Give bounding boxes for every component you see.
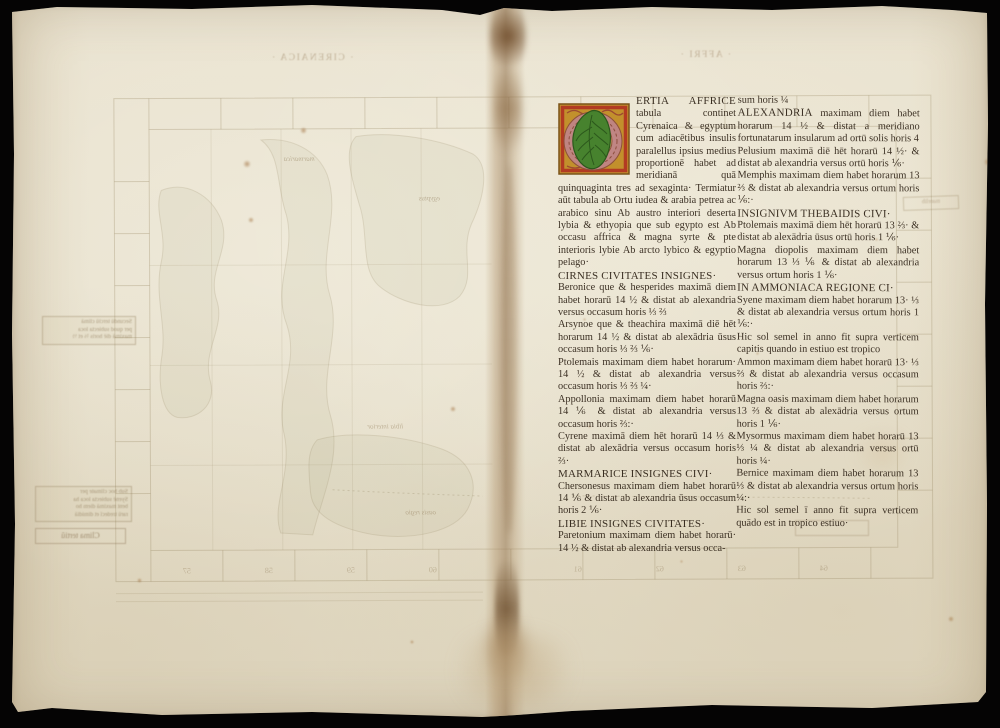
text-column-right: sum horis ¼ ALEXANDRIA maximam diem habe… bbox=[736, 95, 920, 531]
entry-ptolemais-thebaidis: Ptolemais maximā diem hēt horarū 13 ⅔· &… bbox=[737, 220, 919, 245]
map-region-upper bbox=[349, 134, 484, 306]
map-region-lower bbox=[309, 434, 474, 536]
entry-continuation: sum horis ¼ bbox=[738, 95, 920, 108]
illuminated-initial-T bbox=[558, 103, 630, 175]
foxing-spot bbox=[137, 578, 142, 583]
entry-alexandria: ALEXANDRIA maximam diem habet horarum 14… bbox=[738, 107, 920, 146]
entry-chersonesus: Chersonesus maximam diem habet horarū 14… bbox=[558, 481, 736, 518]
map-scale-number: 63 bbox=[738, 564, 746, 573]
note-sol-tropico: Hic sol semel ī anno fit supra verticem … bbox=[736, 505, 918, 530]
cartouche-line: bent maximā diem ho bbox=[39, 504, 128, 512]
foxing-spot bbox=[248, 217, 254, 223]
map-scale-number: 60 bbox=[429, 565, 437, 574]
map-scale-number: 61 bbox=[574, 565, 582, 574]
map-sub-border-line bbox=[116, 592, 483, 602]
entry-pelusium: Pelusium maximā diē hēt horarū 14 ½· & d… bbox=[737, 145, 919, 170]
foxing-spot bbox=[948, 616, 954, 622]
map-scale-number: 62 bbox=[656, 564, 664, 573]
map-label-libia: libia interior bbox=[367, 422, 403, 430]
fold-binding-strip bbox=[485, 4, 525, 718]
foxing-spot bbox=[984, 158, 992, 166]
foxing-spot bbox=[680, 560, 683, 563]
foxing-spot bbox=[300, 127, 307, 134]
entry-syene: Syene maximam diem habet horarum 13· ⅓ &… bbox=[737, 294, 919, 332]
map-label-marmarica: marmarica bbox=[283, 155, 315, 163]
map-label-egyptus: egyptus bbox=[418, 194, 440, 202]
entry-cyrene: Cyrene maximā diem hēt horarū 14 ⅓ & dis… bbox=[558, 431, 736, 468]
text-column-left: ERTIA AFFRICE tabula continet Cyrenaica … bbox=[558, 95, 736, 555]
showthrough-cartouche-lower: Sub hoc climate per Syenē subiecta loca … bbox=[35, 486, 132, 522]
entry-appollonia: Appollonia maximam diem habet horarū 14 … bbox=[558, 394, 736, 431]
alexandria-caps: ALEXANDRIA bbox=[738, 107, 813, 119]
cartouche-line: Syenē subiecta loca ha bbox=[39, 497, 128, 505]
map-scale-number: 59 bbox=[347, 566, 355, 575]
note-sol-verticem: Hic sol semel in anno fit supra verticem… bbox=[737, 331, 919, 356]
entry-magna-oasis: Magna oasis maximam diem habet horarum 1… bbox=[737, 393, 919, 431]
cartouche-line: per quod subiecta loca bbox=[46, 327, 132, 335]
entry-bernice: Bernice maximam diem habet horarum 13 ⅓ … bbox=[736, 468, 918, 506]
entry-arsynoe: Arsynoe que & theachira maximā diē hēt h… bbox=[558, 319, 736, 356]
entry-mysormus: Mysormus maximam diem habet horarū 13 ⅓ … bbox=[736, 431, 918, 469]
intro-paragraph: ERTIA AFFRICE tabula continet Cyrenaica … bbox=[558, 95, 736, 270]
section-heading-ammoniaca: IN AMMONIACA REGIONE CI· bbox=[737, 282, 919, 295]
showthrough-running-title-left: · CIRENAICA · bbox=[250, 53, 374, 63]
entry-memphis: Memphis maximam diem habet horarum 13 ⅔ … bbox=[737, 170, 919, 208]
map-region-west bbox=[159, 187, 225, 418]
entry-magna-diopolis: Magna diopolis maximam diem habet horaru… bbox=[737, 245, 919, 283]
cartouche-line: rarū tredecī et dimidiā bbox=[39, 512, 128, 520]
foxing-spot bbox=[410, 640, 414, 644]
showthrough-cartouche-upper: Secundū terciū climā per quod subiecta l… bbox=[42, 316, 136, 345]
photograph-stage: libia interior oasis regio marmarica egy… bbox=[0, 0, 1000, 728]
entry-ammon: Ammon maximam diem habet horarū 13· ⅓ ⅔ … bbox=[737, 356, 919, 394]
cartouche-line: maximā diē horis ⅔ et ½ bbox=[46, 334, 132, 342]
showthrough-clima-label: Clima tertiū bbox=[35, 528, 126, 544]
cartouche-line: Secundū terciū climā bbox=[46, 319, 132, 327]
entry-paretonium: Paretonium maximam diem habet horarū· 14… bbox=[558, 530, 736, 555]
entry-ptolemais: Ptolemais maximam diem habet horarum· 14… bbox=[558, 357, 736, 394]
intro-lead-caps: ERTIA AFFRICE bbox=[636, 95, 736, 107]
section-heading-libie: LIBIE INSIGNES CIVITATES· bbox=[558, 518, 736, 530]
section-heading-thebaidis: INSIGNIVM THEBAIDIS CIVI· bbox=[737, 207, 919, 220]
entry-beronice: Beronice que & hesperides maximā diem ha… bbox=[558, 282, 736, 319]
book-leaf-spread: libia interior oasis regio marmarica egy… bbox=[12, 4, 988, 718]
cartouche-line: Sub hoc climate per bbox=[39, 489, 128, 497]
map-scale-number: 58 bbox=[265, 566, 273, 575]
initial-woodcut-graphic bbox=[558, 103, 630, 175]
map-scale-number: 64 bbox=[820, 564, 828, 573]
map-label-oasis: oasis regio bbox=[405, 508, 436, 516]
showthrough-running-title-right: · AFFRI · bbox=[640, 50, 770, 60]
foxing-spot bbox=[450, 406, 456, 412]
section-heading-cirnes: CIRNES CIVITATES INSIGNES· bbox=[558, 270, 736, 282]
section-heading-marmarice: MARMARICE INSIGNES CIVI· bbox=[558, 468, 736, 480]
map-scale-number: 57 bbox=[183, 566, 191, 575]
foxing-spot bbox=[243, 160, 251, 168]
